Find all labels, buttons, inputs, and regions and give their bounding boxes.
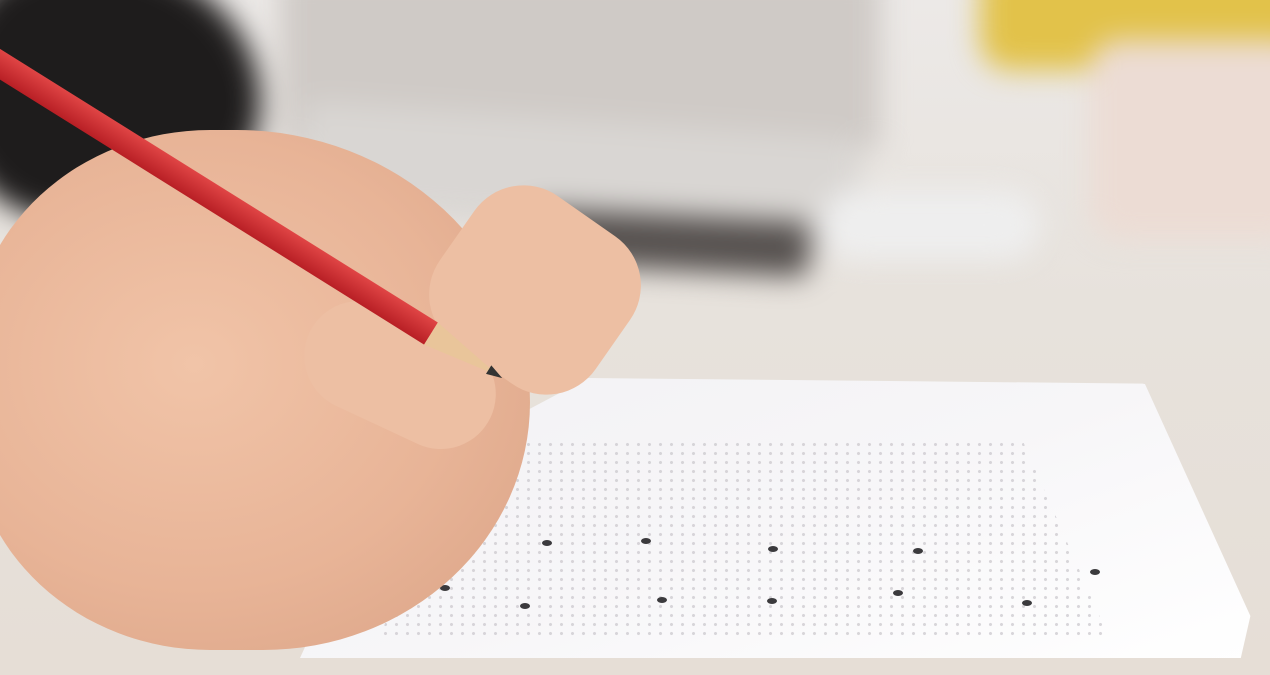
filled-bubble	[768, 546, 778, 552]
mouse	[820, 190, 1040, 260]
blurred-object-right	[1090, 40, 1270, 240]
filled-bubble	[893, 590, 903, 596]
filled-bubble	[1090, 569, 1100, 575]
filled-bubble	[542, 540, 552, 546]
filled-bubble	[641, 538, 651, 544]
filled-bubble	[657, 597, 667, 603]
filled-bubble	[913, 548, 923, 554]
filled-bubble	[1022, 600, 1032, 606]
photo-scene	[0, 0, 1270, 675]
filled-bubble	[520, 603, 530, 609]
filled-bubble	[767, 598, 777, 604]
